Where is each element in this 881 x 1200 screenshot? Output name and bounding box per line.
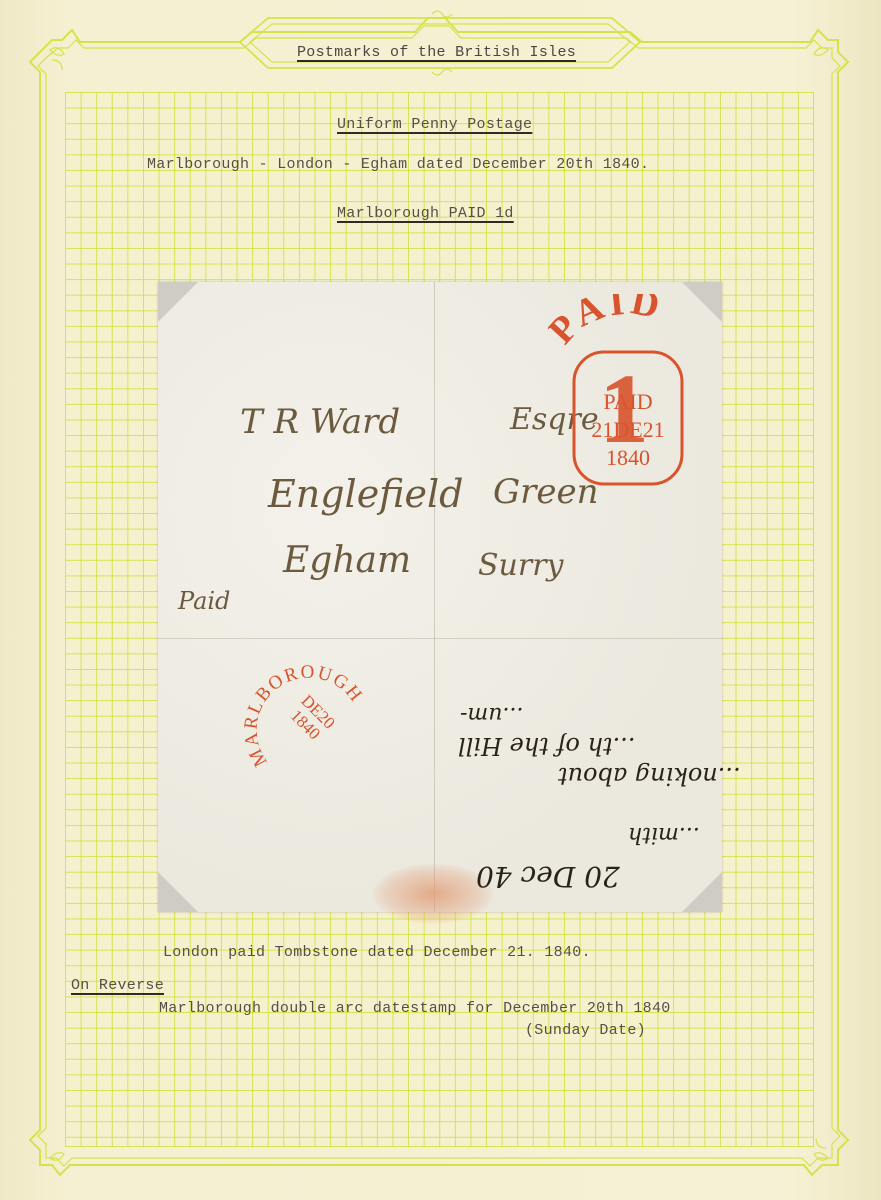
note-london-tombstone: London paid Tombstone dated December 21.… xyxy=(163,944,591,961)
reverse-writing: ...th of the Hill xyxy=(458,732,635,760)
reverse-date: 20 Dec 40 xyxy=(476,860,620,893)
address-town: Egham xyxy=(283,540,411,581)
reverse-writing: ...noking about xyxy=(558,762,741,790)
marlborough-datestamp-postmark: MARLBOROUGH DE20 1840 xyxy=(238,652,383,782)
note-marlborough-datestamp: Marlborough double arc datestamp for Dec… xyxy=(159,1000,671,1017)
fold-line xyxy=(434,282,435,912)
photo-corner xyxy=(682,872,722,912)
cover-description: Marlborough - London - Egham dated Decem… xyxy=(147,156,649,173)
reverse-writing: ...mith xyxy=(628,822,700,847)
address-name: T R Ward xyxy=(240,402,400,442)
photo-corner xyxy=(158,872,198,912)
postal-cover: T R Ward Esqre Englefield Green Egham Su… xyxy=(158,282,722,912)
section-heading: Uniform Penny Postage xyxy=(337,116,532,133)
album-page: Postmarks of the British Isles Uniform P… xyxy=(0,0,881,1200)
svg-text:PAID: PAID xyxy=(548,294,667,352)
photo-corner xyxy=(158,282,198,322)
reverse-writing: ...um- xyxy=(460,702,523,727)
svg-text:1: 1 xyxy=(599,353,649,464)
manuscript-paid: Paid xyxy=(178,587,230,615)
fold-line xyxy=(158,638,722,639)
note-sunday-date: (Sunday Date) xyxy=(525,1022,646,1039)
page-title: Postmarks of the British Isles xyxy=(297,44,576,61)
london-paid-tombstone-postmark: PAID PAID 21DE21 1840 1 xyxy=(548,294,708,494)
address-county: Surry xyxy=(478,548,564,583)
address-place: Englefield xyxy=(268,472,464,516)
section-subheading: Marlborough PAID 1d xyxy=(337,205,514,222)
note-reverse-label: On Reverse xyxy=(71,977,164,994)
